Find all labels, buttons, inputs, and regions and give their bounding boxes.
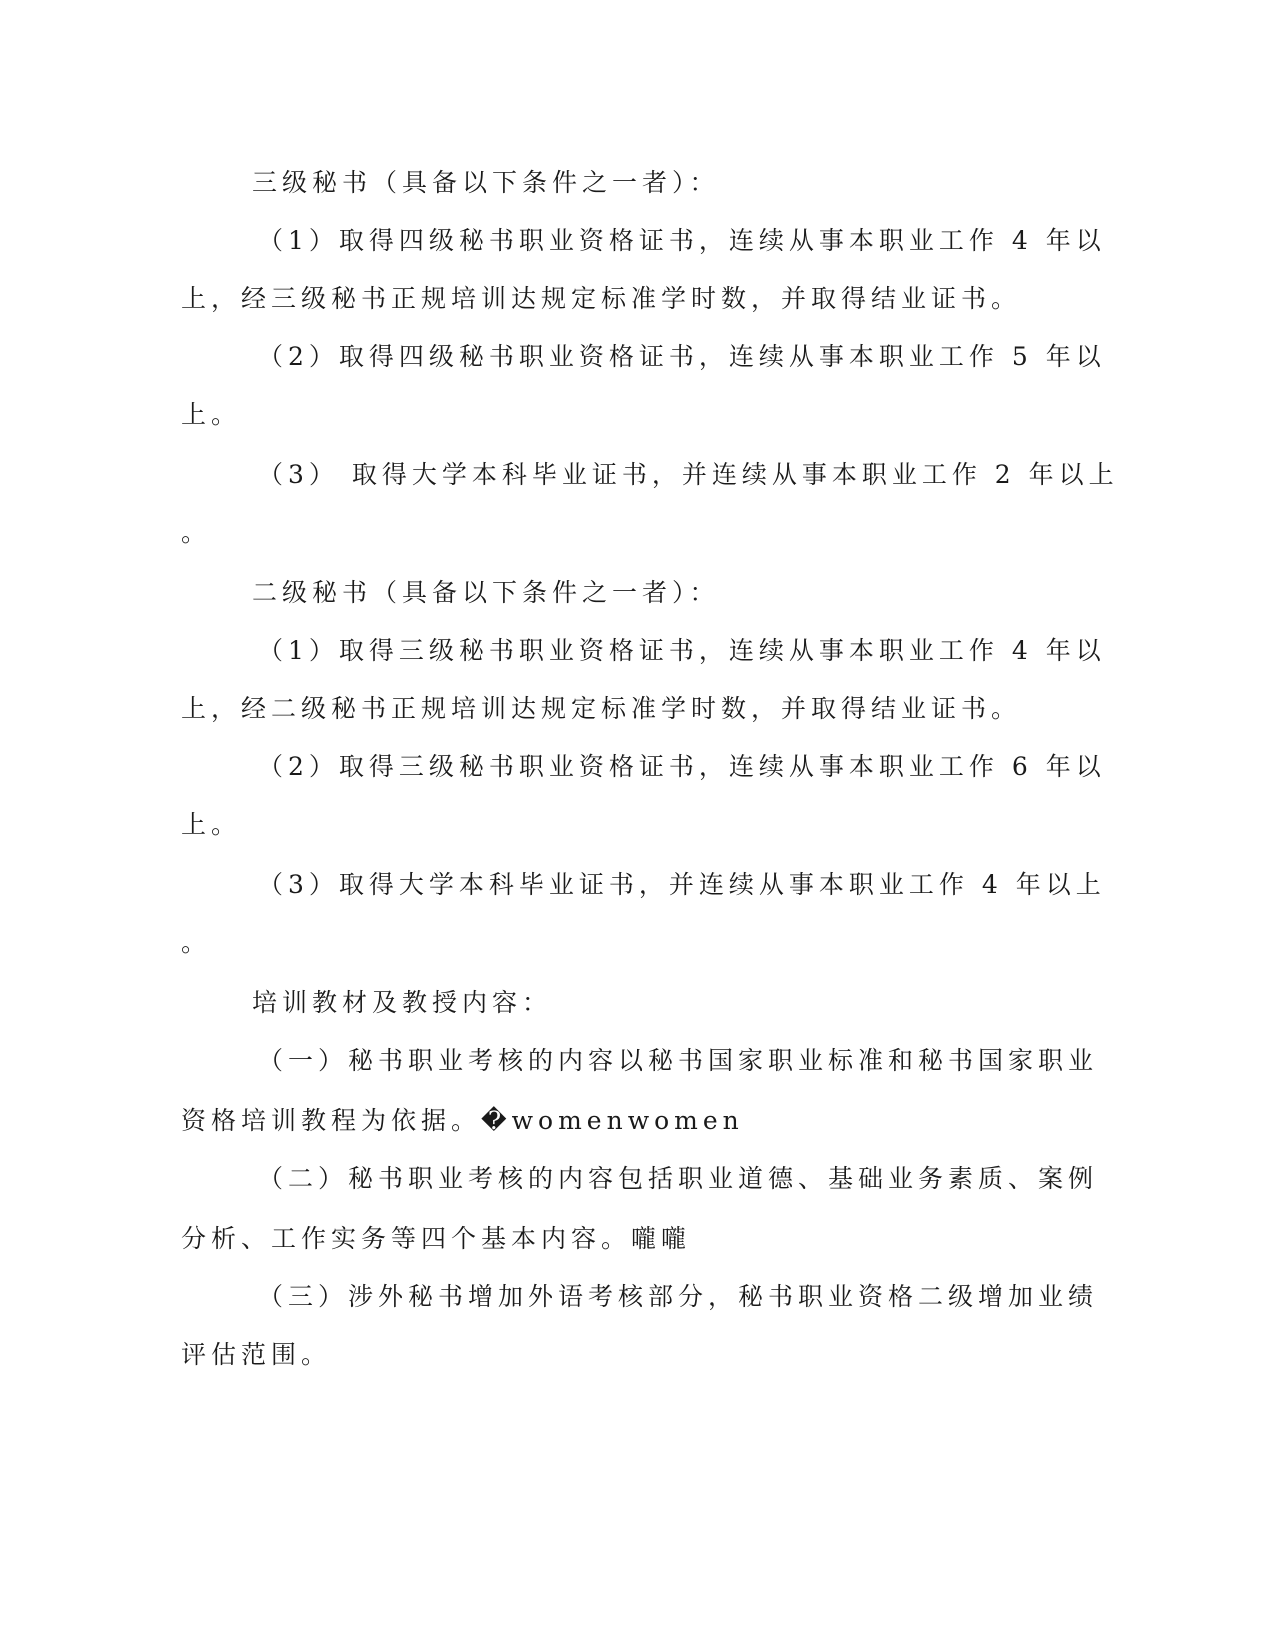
section-heading-training: 培训教材及教授内容： [252,988,552,1018]
training-item-1-line2: 资格培训教程为依据。�womenwomen [181,1106,744,1136]
level3-condition-1-line1: （1）取得四级秘书职业资格证书，连续从事本职业工作 4 年以 [258,226,1106,256]
training-item-3-line2: 评估范围。 [181,1340,331,1370]
level3-condition-2-line1: （2）取得四级秘书职业资格证书，连续从事本职业工作 5 年以 [258,342,1106,372]
level3-condition-2-line2: 上。 [181,400,241,430]
level3-condition-3-line1: （3） 取得大学本科毕业证书，并连续从事本职业工作 2 年以上 [258,460,1119,490]
training-item-3-line1: （三）涉外秘书增加外语考核部分，秘书职业资格二级增加业绩 [258,1282,1098,1312]
training-item-2-line2: 分析、工作实务等四个基本内容。嚨嚨 [181,1224,691,1254]
level3-condition-3-line2: 。 [181,518,211,548]
training-item-1-line1: （一）秘书职业考核的内容以秘书国家职业标准和秘书国家职业 [258,1046,1098,1076]
level2-condition-3-line1: （3）取得大学本科毕业证书，并连续从事本职业工作 4 年以上 [258,870,1106,900]
level2-condition-1-line1: （1）取得三级秘书职业资格证书，连续从事本职业工作 4 年以 [258,636,1106,666]
section-heading-level3: 三级秘书（具备以下条件之一者）： [252,168,720,198]
level2-condition-2-line2: 上。 [181,810,241,840]
level2-condition-3-line2: 。 [181,928,211,958]
section-heading-level2: 二级秘书（具备以下条件之一者）： [252,578,720,608]
level2-condition-1-line2: 上，经二级秘书正规培训达规定标准学时数，并取得结业证书。 [181,694,1021,724]
level3-condition-1-line2: 上，经三级秘书正规培训达规定标准学时数，并取得结业证书。 [181,284,1021,314]
document-page: 三级秘书（具备以下条件之一者）： （1）取得四级秘书职业资格证书，连续从事本职业… [0,0,1275,1650]
level2-condition-2-line1: （2）取得三级秘书职业资格证书，连续从事本职业工作 6 年以 [258,752,1106,782]
training-item-2-line1: （二）秘书职业考核的内容包括职业道德、基础业务素质、案例 [258,1164,1098,1194]
